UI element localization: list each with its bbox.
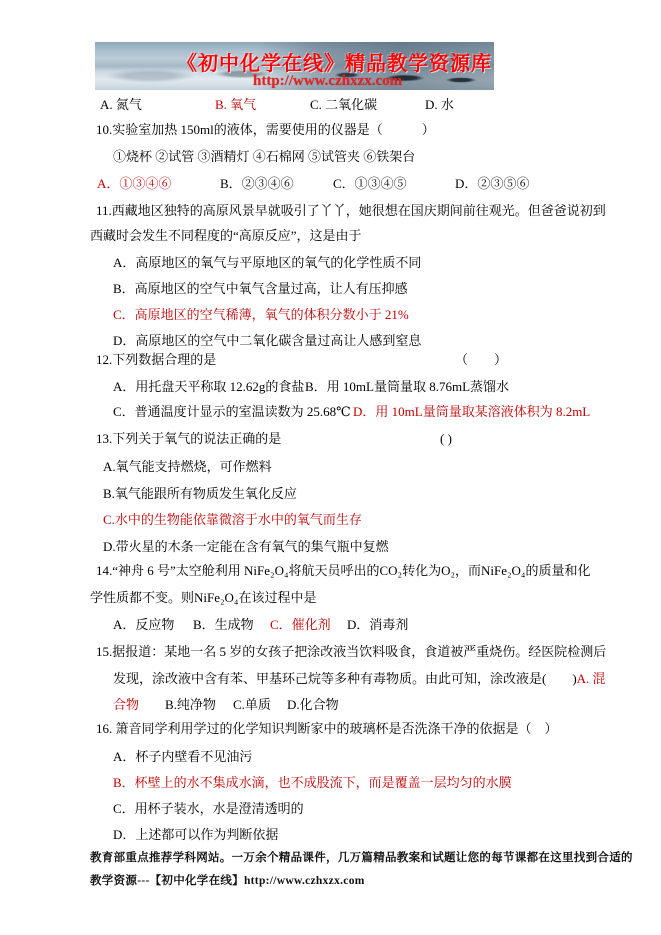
q10-option-b: B．②③④⑥ (220, 175, 294, 193)
q9-option-c: C. 二氧化碳 (310, 96, 377, 114)
q16-option-c: C．用杯子装水，水是澄清透明的 (113, 800, 304, 818)
q11-option-b: B．高原地区的空气中氧气含量过高，让人有压抑感 (113, 280, 408, 298)
question-12-options-ab: A．用托盘天平称取 12.62g的食盐 B．用 10mL量筒量取 8.76mL蒸… (0, 378, 661, 398)
question-10-instruments: ①烧杯 ②试管 ③酒精灯 ④石棉网 ⑤试管夹 ⑥铁架台 (113, 148, 415, 166)
q12-option-c: C．普通温度计显示的室温读数为 25.68℃ (113, 403, 351, 421)
q16-option-a: A．杯子内壁看不见油污 (113, 748, 252, 766)
question-15-line2: 发现，涂改液中含有苯、甲基环己烷等多种有毒物质。由此可知，涂改液是( )A. 混 (113, 670, 606, 688)
q15-option-a-answer-part1: A. 混 (577, 671, 606, 686)
q10-option-c: C．①③④⑤ (333, 175, 407, 193)
q15-option-b: B.纯净物 (165, 696, 216, 714)
question-16-title: 16. 箫音同学利用学过的化学知识判断家中的玻璃杯是否洗涤干净的依据是（ ） (96, 720, 558, 738)
q12-answer-blank: （ ） (455, 351, 507, 369)
q14-option-a: A．反应物 (113, 616, 174, 634)
q11-option-c-answer: C．高原地区的空气稀薄，氧气的体积分数小于 21% (113, 306, 409, 324)
q15-option-a-answer-part2: 合物 (113, 696, 139, 714)
q14-option-b: B．生成物 (193, 616, 254, 634)
q13-option-d: D.带火星的木条一定能在含有氧气的集气瓶中复燃 (103, 538, 389, 556)
banner-site-title: 《初中化学在线》精品教学资源库 (177, 47, 492, 76)
question-12-title: 12.下列数据合理的是 （ ） (96, 351, 661, 369)
q9-option-b-answer: B. 氧气 (215, 96, 256, 114)
question-9-options-row: A. 氮气 B. 氧气 C. 二氧化碳 D. 水 (0, 96, 661, 116)
question-15-options-row: 合物 B.纯净物 C.单质 D.化合物 (0, 696, 661, 716)
q15-line2-text: 发现，涂改液中含有苯、甲基环己烷等多种有毒物质。由此可知，涂改液是( ) (113, 671, 577, 686)
question-13-title: 13.下列关于氧气的说法正确的是 ( ) (96, 430, 661, 448)
q9-option-a: A. 氮气 (100, 96, 142, 114)
question-10-options-row: A．①③④⑥ B．②③④⑥ C．①③④⑤ D．②③⑤⑥ (0, 175, 661, 195)
q12-option-b: B．用 10mL量筒量取 8.76mL蒸馏水 (305, 378, 509, 396)
q14-option-d: D．消毒剂 (347, 616, 408, 634)
q12-option-a: A．用托盘天平称取 12.62g的食盐 (113, 378, 304, 396)
question-12-options-cd: C．普通温度计显示的室温读数为 25.68℃ D．用 10mL量筒量取某溶液体积… (0, 403, 661, 423)
q13-answer-blank: ( ) (440, 430, 452, 448)
banner-site-url: http://www.czhxzx.com (253, 73, 402, 90)
question-14-options-row: A．反应物 B．生成物 C．催化剂 D．消毒剂 (0, 616, 661, 636)
header-banner: 《初中化学在线》精品教学资源库 http://www.czhxzx.com (95, 42, 494, 90)
q11-option-a: A．高原地区的氧气与平原地区的氧气的化学性质不同 (113, 254, 421, 272)
q13-option-a: A.氧气能支持燃烧，可作燃料 (103, 458, 272, 476)
q13-title-text: 13.下列关于氧气的说法正确的是 (96, 431, 281, 446)
question-11-line1: 11.西藏地区独特的高原风景早就吸引了丫丫，她很想在国庆期间前往观光。但爸爸说初… (96, 202, 606, 220)
question-11-line2: 西藏时会发生不同程度的“高原反应”，这是由于 (90, 227, 362, 245)
footer-promo-line1: 教育部重点推荐学科网站。一万余个精品课件，几万篇精品教案和试题让您的每节课都在这… (90, 849, 574, 865)
q13-option-c-answer: C.水中的生物能依靠微溶于水中的氧气而生存 (103, 511, 362, 529)
q13-option-b: B.氧气能跟所有物质发生氧化反应 (103, 485, 297, 503)
q12-option-d-answer: D．用 10mL量筒量取某溶液体积为 8.2mL (353, 403, 590, 421)
q16-option-b-answer: B．杯壁上的水不集成水滴，也不成股流下，而是覆盖一层均匀的水膜 (113, 774, 512, 792)
question-15-line1: 15.据报道：某地一名 5 岁的女孩子把涂改液当饮料吸食，食道被严重烧伤。经医院… (96, 643, 606, 661)
q14-option-c-answer: C．催化剂 (270, 616, 331, 634)
q11-option-d: D．高原地区的空气中二氧化碳含量过高让人感到窒息 (113, 332, 421, 350)
q16-option-d: D．上述都可以作为判断依据 (113, 826, 278, 844)
question-10-title: 10.实验室加热 150ml的液体，需要使用的仪器是（ ） (96, 121, 435, 139)
exam-document-page: 《初中化学在线》精品教学资源库 http://www.czhxzx.com A.… (0, 0, 661, 935)
q12-title-text: 12.下列数据合理的是 (96, 352, 216, 367)
q10-option-a-answer: A．①③④⑥ (97, 175, 171, 193)
q15-option-d: D.化合物 (287, 696, 339, 714)
question-14-line2: 学性质都不变。则NiFe₂O₄在该过程中是 (90, 589, 316, 607)
question-14-line1: 14.“神舟 6 号”太空舱利用 NiFe₂O₄将航天员呼出的CO₂转化为O₂，… (96, 562, 590, 580)
q15-option-c: C.单质 (233, 696, 271, 714)
footer-promo-line2: 教学资源---【初中化学在线】http://www.czhxzx.com (90, 872, 574, 888)
q9-option-d: D. 水 (425, 96, 454, 114)
q10-option-d: D．②③⑤⑥ (455, 175, 529, 193)
